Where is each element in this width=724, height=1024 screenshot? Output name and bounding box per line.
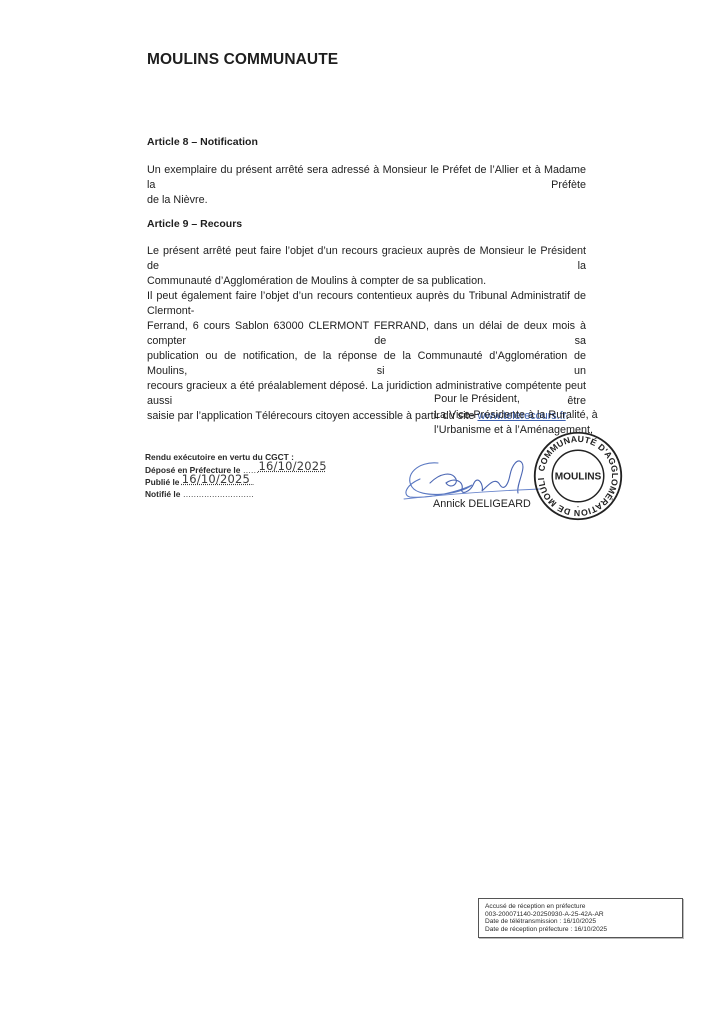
executory-block: Rendu exécutoire en vertu du CGCT : Dépo… (145, 452, 327, 500)
document-page: MOULINS COMMUNAUTE Article 8 – Notificat… (0, 0, 724, 1024)
published-date: 16/10/2025 (182, 472, 250, 486)
notified-blank: ……………………… (183, 489, 254, 499)
notified-label: Notifié le (145, 489, 183, 499)
receipt-reference: 003-200071140-20250930-A-25-42A-AR (485, 911, 682, 919)
signatory-name: Annick DELIGEARD (433, 498, 531, 510)
signature-line: Pour le Président, (434, 392, 598, 408)
prefecture-receipt-box: Accusé de réception en préfecture 003-20… (478, 898, 683, 938)
receipt-transmission-date: Date de télétransmission : 16/10/2025 (485, 918, 682, 926)
article-9-line: Il peut également faire l’objet d’un rec… (147, 289, 586, 319)
article-9-line: Le présent arrêté peut faire l’objet d’u… (147, 244, 586, 274)
article-9-heading: Article 9 – Recours (147, 218, 242, 230)
article-9-line: Ferrand, 6 cours Sablon 63000 CLERMONT F… (147, 319, 586, 349)
published-label: Publié le (145, 477, 182, 487)
article-8-line: Un exemplaire du présent arrêté sera adr… (147, 163, 586, 193)
stamp-center-text: MOULINS (555, 472, 602, 483)
article-9-line-prefix: saisie par l’application Télérecours cit… (147, 410, 477, 422)
notified-line: Notifié le ……………………… (145, 489, 327, 501)
deposited-date: 16/10/2025 (259, 459, 327, 473)
article-8-line: de la Nièvre. (147, 193, 586, 208)
article-8-heading: Article 8 – Notification (147, 136, 258, 148)
receipt-reception-date: Date de réception préfecture : 16/10/202… (485, 926, 682, 934)
published-line: Publié le 16/10/2025.. (145, 476, 327, 489)
signature-line: La Vice-Présidente à la Ruralité, à (434, 408, 598, 424)
article-9-line: Communauté d’Agglomération de Moulins à … (147, 274, 586, 289)
organization-title: MOULINS COMMUNAUTE (147, 51, 338, 69)
receipt-title: Accusé de réception en préfecture (485, 903, 682, 911)
article-9-line: publication ou de notification, de la ré… (147, 349, 586, 379)
article-8-body: Un exemplaire du présent arrêté sera adr… (147, 163, 586, 208)
official-stamp: COMMUNAUTÉ D'AGGLOMÉRATION DE MOULINS MO… (532, 430, 624, 522)
